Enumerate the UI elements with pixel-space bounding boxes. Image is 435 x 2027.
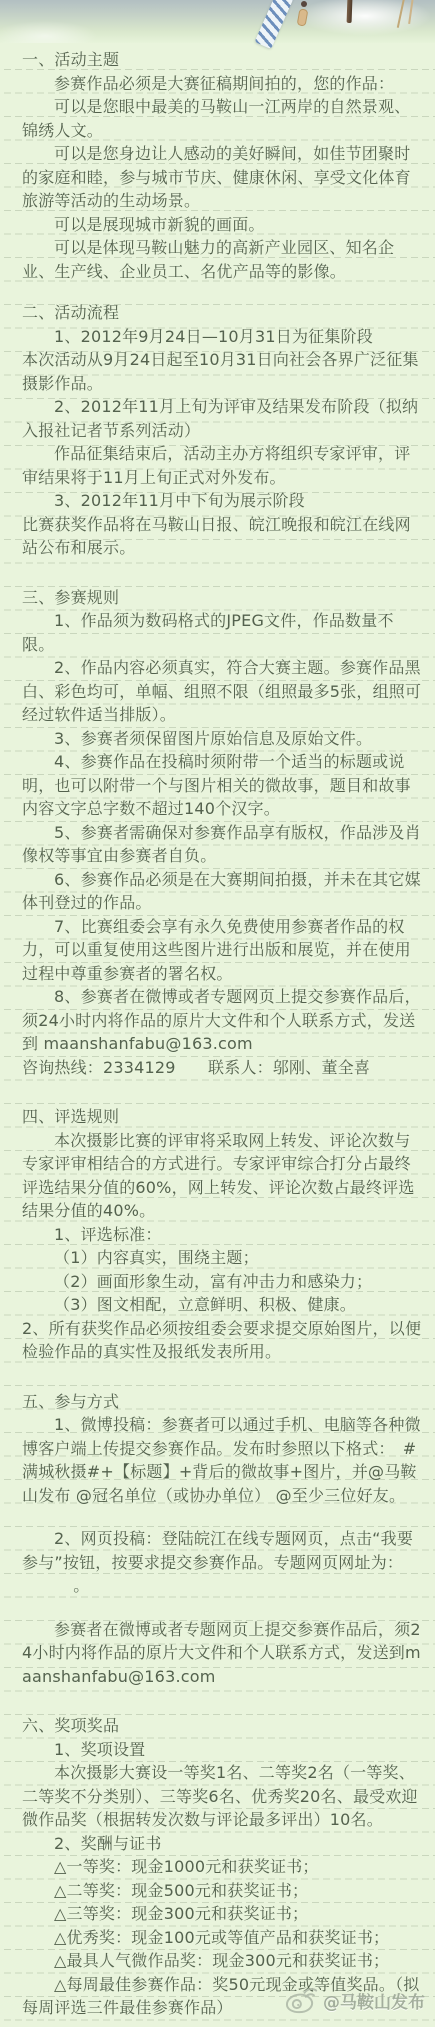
paragraph: 3、参赛者须保留图片原始信息及原始文件。 [22, 727, 422, 751]
paragraph: △一等奖：现金1000元和获奖证书； [22, 1855, 422, 1879]
paragraph: △二等奖：现金500元和获奖证书； [22, 1879, 422, 1903]
paragraph: 4、参赛作品在投稿时须附带一个适当的标题或说明，也可以附带一个与图片相关的微故事… [22, 750, 422, 821]
paragraph: 2、网页投稿：登陆皖江在线专题网页，点击“我要参与”按钮，按要求提交参赛作品。专… [22, 1527, 422, 1574]
paragraph: 1、2012年9月24日—10月31日为征集阶段 [22, 325, 422, 349]
section-heading: 四、评选规则 [22, 1105, 422, 1129]
paragraph: 3、2012年11月中下旬为展示阶段 [22, 489, 422, 513]
paragraph: 咨询热线：2334129 联系人：邬刚、董全喜 [22, 1056, 422, 1080]
paragraph: 2、2012年11月上旬为评审及结果发布阶段（拟纳入报社记者节系列活动） [22, 395, 422, 442]
paragraph: 1、作品须为数码格式的JPEG文件，作品数量不限。 [22, 609, 422, 656]
paragraph: 本次摄影大赛设一等奖1名、二等奖2名（一等奖、二等奖不分类别）、三等奖6名、优秀… [22, 1761, 422, 1832]
paragraph: 可以是体现马鞍山魅力的高新产业园区、知名企业、生产线、企业员工、名优产品等的影像… [22, 236, 422, 283]
contest-rules-text: 一、活动主题参赛作品必须是大赛征稿期间拍的，您的作品：可以是您眼中最美的马鞍山一… [0, 43, 435, 2027]
paragraph: 本次摄影比赛的评审将采取网上转发、评论次数与专家评审相结合的方式进行。专家评审综… [22, 1129, 422, 1223]
watermark-handle: @马鞍山发布 [323, 1988, 425, 2013]
section-heading: 五、参与方式 [22, 1390, 422, 1414]
paragraph: 7、比赛组委会享有永久免费使用参赛者作品的权力，可以重复使用这些图片进行出版和展… [22, 915, 422, 986]
paragraph: 2、奖酬与证书 [22, 1832, 422, 1856]
paragraph: 1、奖项设置 [22, 1738, 422, 1762]
section-heading: 一、活动主题 [22, 48, 422, 72]
paragraph: 5、参赛者需确保对参赛作品享有版权，作品涉及肖像权等事宜由参赛者自负。 [22, 821, 422, 868]
header-sky-decoration [0, 0, 435, 43]
paragraph: 参赛者在微博或者专题网页上提交参赛作品后，须24小时内将作品的原片大文件和个人联… [22, 1618, 422, 1689]
section-gap [22, 1364, 422, 1390]
paragraph: △优秀奖：现金100元或等值产品和获奖证书； [22, 1926, 422, 1950]
paragraph: （2）画面形象生动，富有冲击力和感染力； [22, 1270, 422, 1294]
paragraph: △三等奖：现金300元和获奖证书； [22, 1902, 422, 1926]
weibo-logo-icon [282, 1985, 318, 2015]
section-gap [22, 560, 422, 586]
section-gap [22, 1507, 422, 1527]
paragraph: （1）内容真实，围绕主题； [22, 1246, 422, 1270]
section-gap [22, 283, 422, 301]
weibo-long-image-post: 一、活动主题参赛作品必须是大赛征稿期间拍的，您的作品：可以是您眼中最美的马鞍山一… [0, 0, 435, 2027]
paragraph: 6、参赛作品必须是在大赛期间拍摄，并未在其它媒体刊登过的作品。 [22, 868, 422, 915]
section-gap [22, 1688, 422, 1714]
watermark: @马鞍山发布 [282, 1985, 425, 2013]
paragraph: 1、微博投稿：参赛者可以通过手机、电脑等各种微博客户端上传提交参赛作品。发布时参… [22, 1413, 422, 1507]
section-heading: 六、奖项奖品 [22, 1714, 422, 1738]
paragraph: 可以是展现城市新貌的画面。 [22, 213, 422, 237]
paragraph: 可以是您身边让人感动的美好瞬间，如佳节团聚时的家庭和睦，参与城市节庆、健康休闲、… [22, 142, 422, 213]
paragraph: 8、参赛者在微博或者专题网页上提交参赛作品后，须24小时内将作品的原片大文件和个… [22, 985, 422, 1056]
paragraph: 。 [22, 1574, 422, 1598]
paragraph: 本次活动从9月24日起至10月31日向社会各界广泛征集摄影作品。 [22, 348, 422, 395]
paragraph: 比赛获奖作品将在马鞍山日报、皖江晚报和皖江在线网站公布和展示。 [22, 513, 422, 560]
section-heading: 三、参赛规则 [22, 586, 422, 610]
twig-decoration [408, 0, 414, 24]
bead-decoration [301, 1, 307, 7]
paragraph: 可以是您眼中最美的马鞍山一江两岸的自然景观、锦绣人文。 [22, 95, 422, 142]
paragraph: 参赛作品必须是大赛征稿期间拍的，您的作品： [22, 72, 422, 96]
wooden-stick-decoration [347, 0, 353, 23]
striped-ribbon-decoration [255, 0, 296, 49]
section-gap [22, 1598, 422, 1618]
paragraph: （3）图文相配，立意鲜明、积极、健康。 [22, 1293, 422, 1317]
twig-decoration [397, 0, 405, 28]
section-gap [22, 1079, 422, 1105]
paragraph: 2、作品内容必须真实，符合大赛主题。参赛作品黑白、彩色均可，单幅、组照不限（组照… [22, 656, 422, 727]
paragraph: △最具人气微作品奖：现金300元和获奖证书； [22, 1949, 422, 1973]
section-heading: 二、活动流程 [22, 301, 422, 325]
bead-capsule-decoration [297, 8, 309, 26]
paragraph: 作品征集结束后，活动主办方将组织专家评审，评审结果将于11月上旬正式对外发布。 [22, 442, 422, 489]
paragraph: 2、所有获奖作品必须按组委会要求提交原始图片，以便检验作品的真实性及报纸发表所用… [22, 1317, 422, 1364]
paragraph: 1、评选标准： [22, 1223, 422, 1247]
